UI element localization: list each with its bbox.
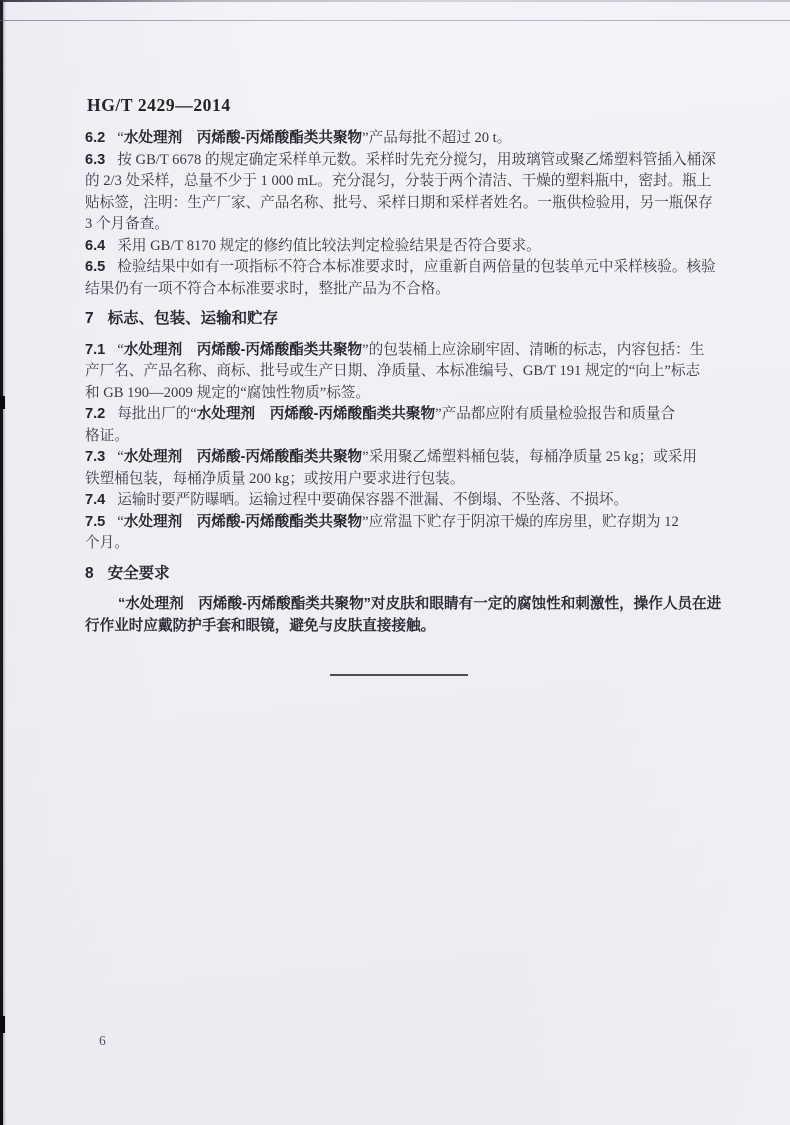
clause-7-5-line-1: 7.5“水处理剂 丙烯酸-丙烯酸酯类共聚物”应常温下贮存于阴凉干燥的库房里，贮存… xyxy=(85,512,717,534)
clause-text: 采用 GB/T 8170 规定的修约值比较法判定检验结果是否符合要求。 xyxy=(117,238,540,254)
clause-7-2-line-1: 7.2每批出厂的“水处理剂 丙烯酸-丙烯酸酯类共聚物”产品都应附有质量检验报告和… xyxy=(85,404,717,426)
clause-number: 6.2 xyxy=(85,130,105,146)
product-name: 水处理剂 丙烯酸-丙烯酸酯类共聚物 xyxy=(197,406,435,422)
clause-text: 按 GB/T 6678 的规定确定采样单元数。采样时先充分搅匀，用玻璃管或聚乙烯… xyxy=(117,152,716,168)
section-number: 8 xyxy=(85,565,94,582)
clause-6-3-line-1: 6.3按 GB/T 6678 的规定确定采样单元数。采样时先充分搅匀，用玻璃管或… xyxy=(85,150,717,172)
clause-7-1-line-3: 和 GB 190—2009 规定的“腐蚀性物质”标签。 xyxy=(85,383,717,405)
clause-text: 检验结果中如有一项指标不符合本标准要求时，应重新自两倍量的包装单元中采样核验。核… xyxy=(117,259,715,275)
standard-number-header: HG/T 2429—2014 xyxy=(87,95,231,116)
clause-number: 7.2 xyxy=(85,406,105,422)
clause-text: 贴标签，注明：生产厂家、产品名称、批号、采样日期和采样者姓名。一瓶供检验用，另一… xyxy=(85,195,713,211)
product-name: 水处理剂 丙烯酸-丙烯酸酯类共聚物 xyxy=(124,342,362,358)
clause-text: ”的包装桶上应涂刷牢固、清晰的标志，内容包括：生 xyxy=(362,342,704,358)
clause-6-5-line-1: 6.5检验结果中如有一项指标不符合本标准要求时，应重新自两倍量的包装单元中采样核… xyxy=(85,257,717,279)
section-8-heading: 8安全要求 xyxy=(85,563,717,585)
clause-6-4-line-1: 6.4采用 GB/T 8170 规定的修约值比较法判定检验结果是否符合要求。 xyxy=(85,236,717,258)
product-name: 水处理剂 丙烯酸-丙烯酸酯类共聚物 xyxy=(124,130,362,146)
product-name: 水处理剂 丙烯酸-丙烯酸酯类共聚物 xyxy=(124,449,362,465)
scanned-document-page: HG/T 2429—2014 6.2“水处理剂 丙烯酸-丙烯酸酯类共聚物”产品每… xyxy=(0,0,790,1125)
clause-text: 每批出厂的“ xyxy=(117,406,196,422)
section-title: 标志、包装、运输和贮存 xyxy=(108,310,279,327)
clause-number: 6.5 xyxy=(85,259,105,275)
scan-artifact-line xyxy=(0,20,790,21)
paragraph-text: ”对皮肤和眼睛有一定的腐蚀性和刺激性，操作人员在进 xyxy=(364,596,722,612)
clause-7-1-line-2: 产厂名、产品名称、商标、批号或生产日期、净质量、本标准编号、GB/T 191 规… xyxy=(85,361,717,383)
clause-6-5-line-2: 结果仍有一项不符合本标准要求时，整批产品为不合格。 xyxy=(85,279,717,301)
clause-7-3-line-2: 铁塑桶包装，每桶净质量 200 kg；或按用户要求进行包装。 xyxy=(85,469,717,491)
clause-7-1-line-1: 7.1“水处理剂 丙烯酸-丙烯酸酯类共聚物”的包装桶上应涂刷牢固、清晰的标志，内… xyxy=(85,340,717,362)
clause-text: 3 个月备查。 xyxy=(85,216,169,232)
clause-text: 个月。 xyxy=(85,535,129,551)
clause-number: 7.1 xyxy=(85,342,105,358)
clause-6-2-line-1: 6.2“水处理剂 丙烯酸-丙烯酸酯类共聚物”产品每批不超过 20 t。 xyxy=(85,128,717,150)
clause-7-5-line-2: 个月。 xyxy=(85,533,717,555)
product-name: 水处理剂 丙烯酸-丙烯酸酯类共聚物 xyxy=(125,596,363,612)
clause-text: ”产品都应附有质量检验报告和质量合 xyxy=(435,406,675,422)
clause-text: 运输时要严防曝晒。运输过程中要确保容器不泄漏、不倒塌、不坠落、不损坏。 xyxy=(117,492,628,508)
clause-text: ”采用聚乙烯塑料桶包装，每桶净质量 25 kg；或采用 xyxy=(362,449,697,465)
clause-text: 结果仍有一项不符合本标准要求时，整批产品为不合格。 xyxy=(85,281,450,297)
clause-text: ”应常温下贮存于阴凉干燥的库房里，贮存期为 12 xyxy=(362,514,679,530)
clause-number: 7.5 xyxy=(85,514,105,530)
end-of-document-rule xyxy=(330,674,468,676)
clause-7-2-line-2: 格证。 xyxy=(85,426,717,448)
section-7-heading: 7标志、包装、运输和贮存 xyxy=(85,308,717,330)
clause-number: 7.3 xyxy=(85,449,105,465)
scanner-edge-left xyxy=(0,0,3,1125)
scanner-edge-top xyxy=(0,0,790,2)
product-name: 水处理剂 丙烯酸-丙烯酸酯类共聚物 xyxy=(124,514,362,530)
section-title: 安全要求 xyxy=(108,565,170,582)
clause-number: 7.4 xyxy=(85,492,105,508)
clause-text: 铁塑桶包装，每桶净质量 200 kg；或按用户要求进行包装。 xyxy=(85,471,464,487)
clause-number: 6.4 xyxy=(85,238,105,254)
section-number: 7 xyxy=(85,310,94,327)
clause-6-3-line-3: 贴标签，注明：生产厂家、产品名称、批号、采样日期和采样者姓名。一瓶供检验用，另一… xyxy=(85,193,717,215)
section-8-paragraph-line-2: 行作业时应戴防护手套和眼镜，避免与皮肤直接接触。 xyxy=(85,616,717,638)
paragraph-text: 行作业时应戴防护手套和眼镜，避免与皮肤直接接触。 xyxy=(85,618,435,634)
clause-6-3-line-4: 3 个月备查。 xyxy=(85,214,717,236)
clause-6-3-line-2: 的 2/3 处采样，总量不少于 1 000 mL。充分混匀，分装于两个清洁、干燥… xyxy=(85,171,717,193)
clause-7-3-line-1: 7.3“水处理剂 丙烯酸-丙烯酸酯类共聚物”采用聚乙烯塑料桶包装，每桶净质量 2… xyxy=(85,447,717,469)
section-8-paragraph-line-1: “水处理剂 丙烯酸-丙烯酸酯类共聚物”对皮肤和眼睛有一定的腐蚀性和刺激性，操作人… xyxy=(85,594,717,616)
document-body: 6.2“水处理剂 丙烯酸-丙烯酸酯类共聚物”产品每批不超过 20 t。 6.3按… xyxy=(85,128,717,676)
clause-text: 产厂名、产品名称、商标、批号或生产日期、净质量、本标准编号、GB/T 191 规… xyxy=(85,363,700,379)
clause-text: 的 2/3 处采样，总量不少于 1 000 mL。充分混匀，分装于两个清洁、干燥… xyxy=(85,173,711,189)
clause-7-4-line-1: 7.4运输时要严防曝晒。运输过程中要确保容器不泄漏、不倒塌、不坠落、不损坏。 xyxy=(85,490,717,512)
page-number: 6 xyxy=(99,1033,106,1049)
clause-text: 和 GB 190—2009 规定的“腐蚀性物质”标签。 xyxy=(85,385,370,401)
clause-number: 6.3 xyxy=(85,152,105,168)
clause-text: 格证。 xyxy=(85,428,129,444)
clause-text: ”产品每批不超过 20 t。 xyxy=(362,130,511,146)
